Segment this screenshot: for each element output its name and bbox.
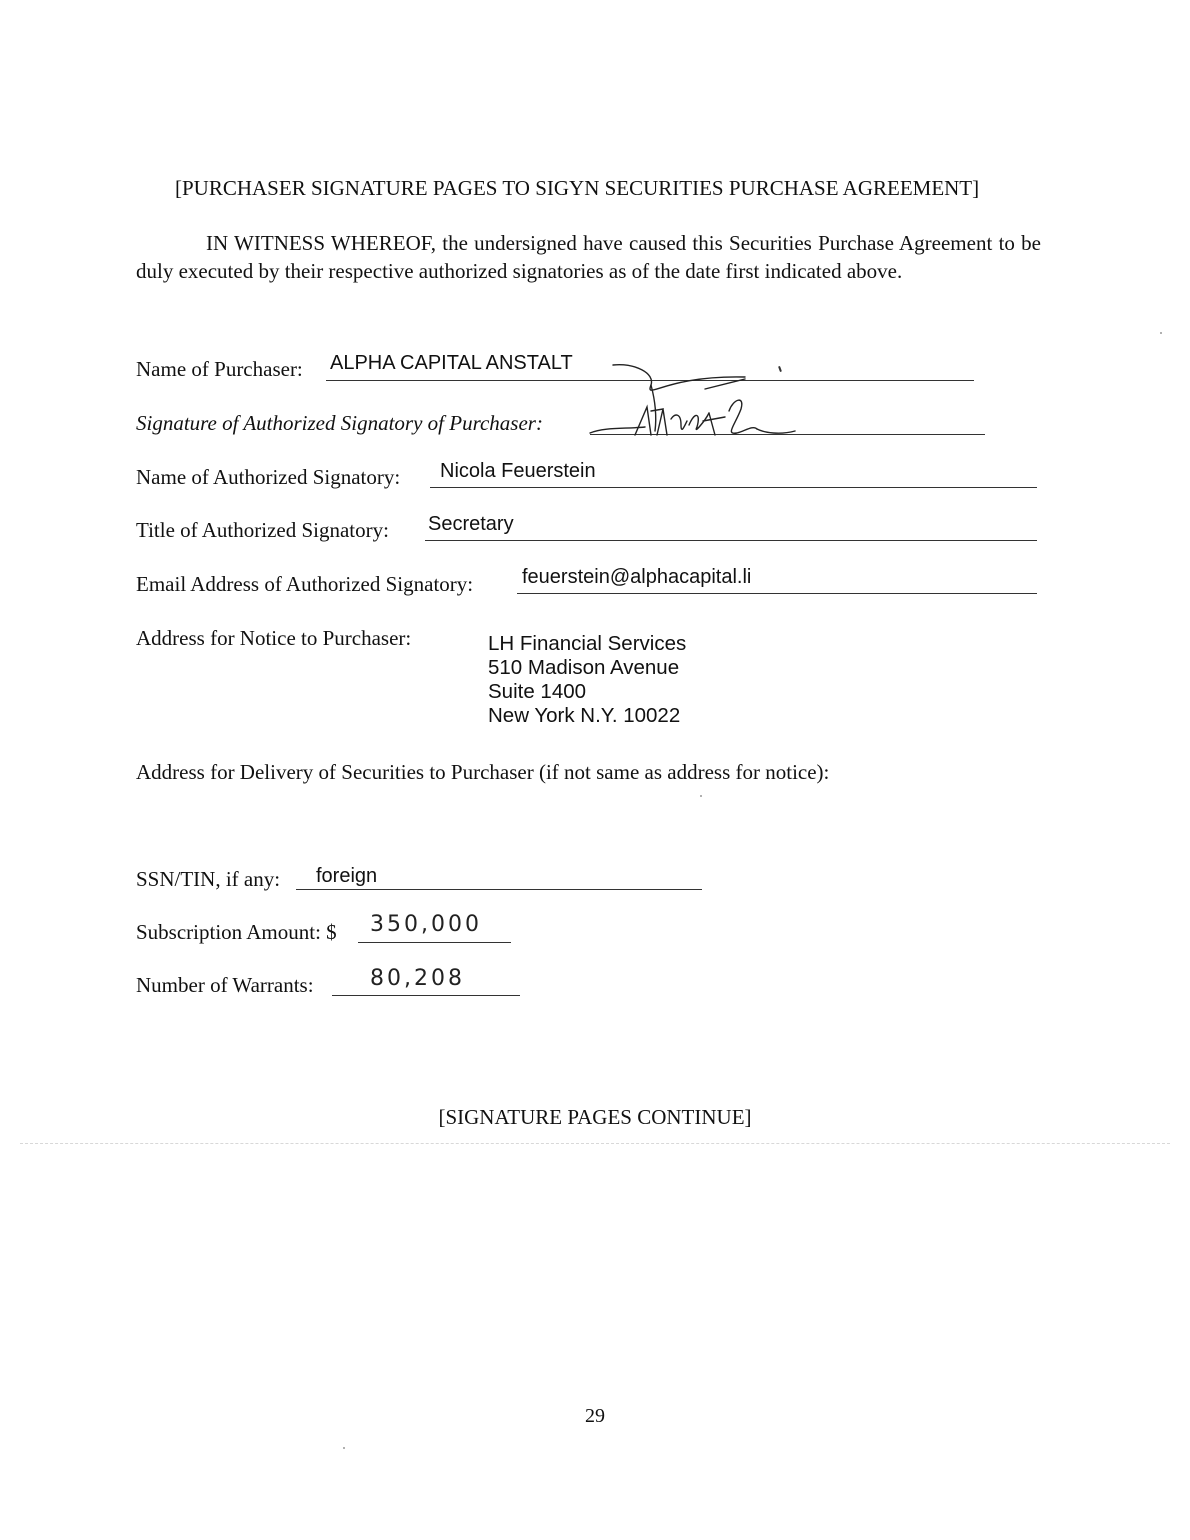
notice-address-block: LH Financial Services 510 Madison Avenue… bbox=[488, 632, 686, 728]
signatory-email-label: Email Address of Authorized Signatory: bbox=[136, 572, 473, 597]
scan-speck bbox=[700, 795, 702, 797]
subscription-amount-label: Subscription Amount: $ bbox=[136, 920, 337, 945]
warrants-line bbox=[332, 995, 520, 996]
signatory-name-label: Name of Authorized Signatory: bbox=[136, 465, 400, 490]
signatory-email-value: feuerstein@alphacapital.li bbox=[522, 566, 751, 589]
purchaser-name-label: Name of Purchaser: bbox=[136, 357, 303, 382]
notice-address-label: Address for Notice to Purchaser: bbox=[136, 626, 411, 651]
signature-label: Signature of Authorized Signatory of Pur… bbox=[136, 411, 543, 436]
signatory-name-line bbox=[430, 487, 1037, 488]
notice-address-line: 510 Madison Avenue bbox=[488, 656, 686, 680]
ssn-tin-value: foreign bbox=[316, 865, 377, 888]
warrants-value: 80,208 bbox=[370, 966, 465, 991]
purchaser-name-value: ALPHA CAPITAL ANSTALT bbox=[330, 352, 573, 375]
notice-address-line: LH Financial Services bbox=[488, 632, 686, 656]
notice-address-line: New York N.Y. 10022 bbox=[488, 704, 686, 728]
signatory-title-label: Title of Authorized Signatory: bbox=[136, 518, 389, 543]
scan-speck bbox=[343, 1447, 345, 1449]
warrants-label: Number of Warrants: bbox=[136, 973, 314, 998]
signatory-title-line bbox=[425, 540, 1037, 541]
witness-paragraph: IN WITNESS WHEREOF, the undersigned have… bbox=[136, 230, 1041, 285]
scan-artifact-rule bbox=[20, 1143, 1170, 1144]
delivery-address-label: Address for Delivery of Securities to Pu… bbox=[136, 760, 829, 785]
signatory-email-line bbox=[517, 593, 1037, 594]
ssn-tin-line bbox=[296, 889, 702, 890]
notice-address-line: Suite 1400 bbox=[488, 680, 686, 704]
signatory-title-value: Secretary bbox=[428, 513, 514, 536]
subscription-amount-line bbox=[358, 942, 511, 943]
page-number: 29 bbox=[0, 1405, 1190, 1428]
signatory-name-value: Nicola Feuerstein bbox=[440, 460, 596, 483]
ssn-tin-label: SSN/TIN, if any: bbox=[136, 867, 280, 892]
signature-pages-continue: [SIGNATURE PAGES CONTINUE] bbox=[0, 1105, 1190, 1130]
page-heading: [PURCHASER SIGNATURE PAGES TO SIGYN SECU… bbox=[175, 176, 979, 201]
scan-speck bbox=[1160, 332, 1162, 334]
subscription-amount-value: 350,000 bbox=[370, 912, 482, 937]
